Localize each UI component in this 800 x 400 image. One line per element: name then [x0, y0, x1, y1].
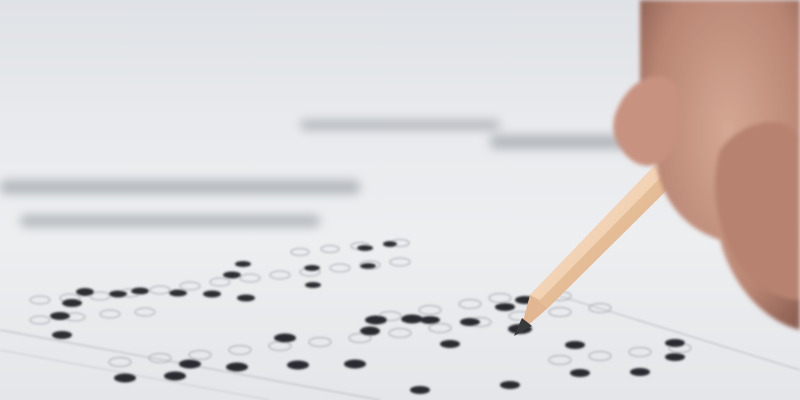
bubble-grid-front — [109, 292, 691, 395]
far-bubble-rows — [0, 120, 630, 227]
answer-sheet — [0, 0, 800, 400]
hand — [613, 0, 800, 330]
pencil — [514, 165, 672, 336]
bubble-grid-left — [30, 240, 410, 340]
photo-scene — [0, 0, 800, 400]
